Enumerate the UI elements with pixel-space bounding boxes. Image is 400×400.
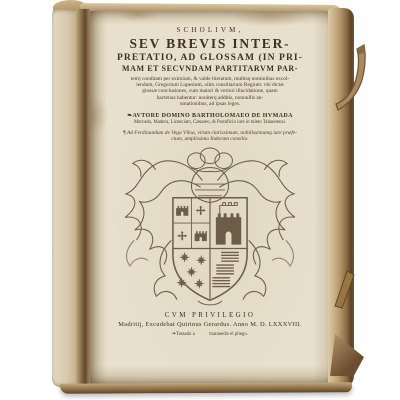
half-title-line: SCHOLIVM, xyxy=(90,26,330,34)
quarter-4-bars xyxy=(213,252,238,286)
coat-of-arms-woodcut xyxy=(112,147,308,309)
title-continuation: tem) conditam per eximium, & valde liter… xyxy=(90,76,330,107)
dedication: ¶ Ad Ferdinandum de Vega Vlloa, virum cl… xyxy=(90,130,330,143)
title-line: MAM ET SECVNDAM PARTITARVM PAR- xyxy=(90,64,330,73)
binding-gutter xyxy=(76,9,91,387)
base-flourish xyxy=(198,301,221,305)
helm-plume xyxy=(188,148,233,172)
quarter-1-castles-crosses xyxy=(173,198,210,249)
body-line: notationibus, ad ipsas leges. xyxy=(90,101,330,107)
author-statement: ❧AVTORE DOMINO BARTHOLOMAEO DE HVMADA xyxy=(90,112,330,119)
quarter-3-stars xyxy=(175,251,207,290)
shield xyxy=(173,198,247,300)
title-line: PRETATIO, AD GLOSSAM (IN PRI- xyxy=(90,53,330,63)
inside-cover xyxy=(52,9,78,387)
book-photo: SCHOLIVM, SEV BREVIS INTER- PRETATIO, AD… xyxy=(0,0,400,400)
quarter-2-tower xyxy=(216,202,241,244)
vellum-tie-top xyxy=(334,40,374,112)
tax-line: ❧Tassado a marauedis el pliego. xyxy=(90,332,330,337)
vellum-tie-bottom xyxy=(332,266,358,310)
privilege-statement: CVM PRIVILEGIO xyxy=(90,311,330,319)
title-line: SEV BREVIS INTER- xyxy=(90,36,330,52)
author-statement: Mercado, Madera, Licenciato, Cæsareo, & … xyxy=(90,120,330,125)
dedication-line: ctum, amplissimo Indorum consilio. xyxy=(90,136,330,142)
printed-text-block: SCHOLIVM, SEV BREVIS INTER- PRETATIO, AD… xyxy=(90,11,330,384)
imprint-line: Madritij, Excudebat Quirinus Gerardus. A… xyxy=(90,321,330,328)
